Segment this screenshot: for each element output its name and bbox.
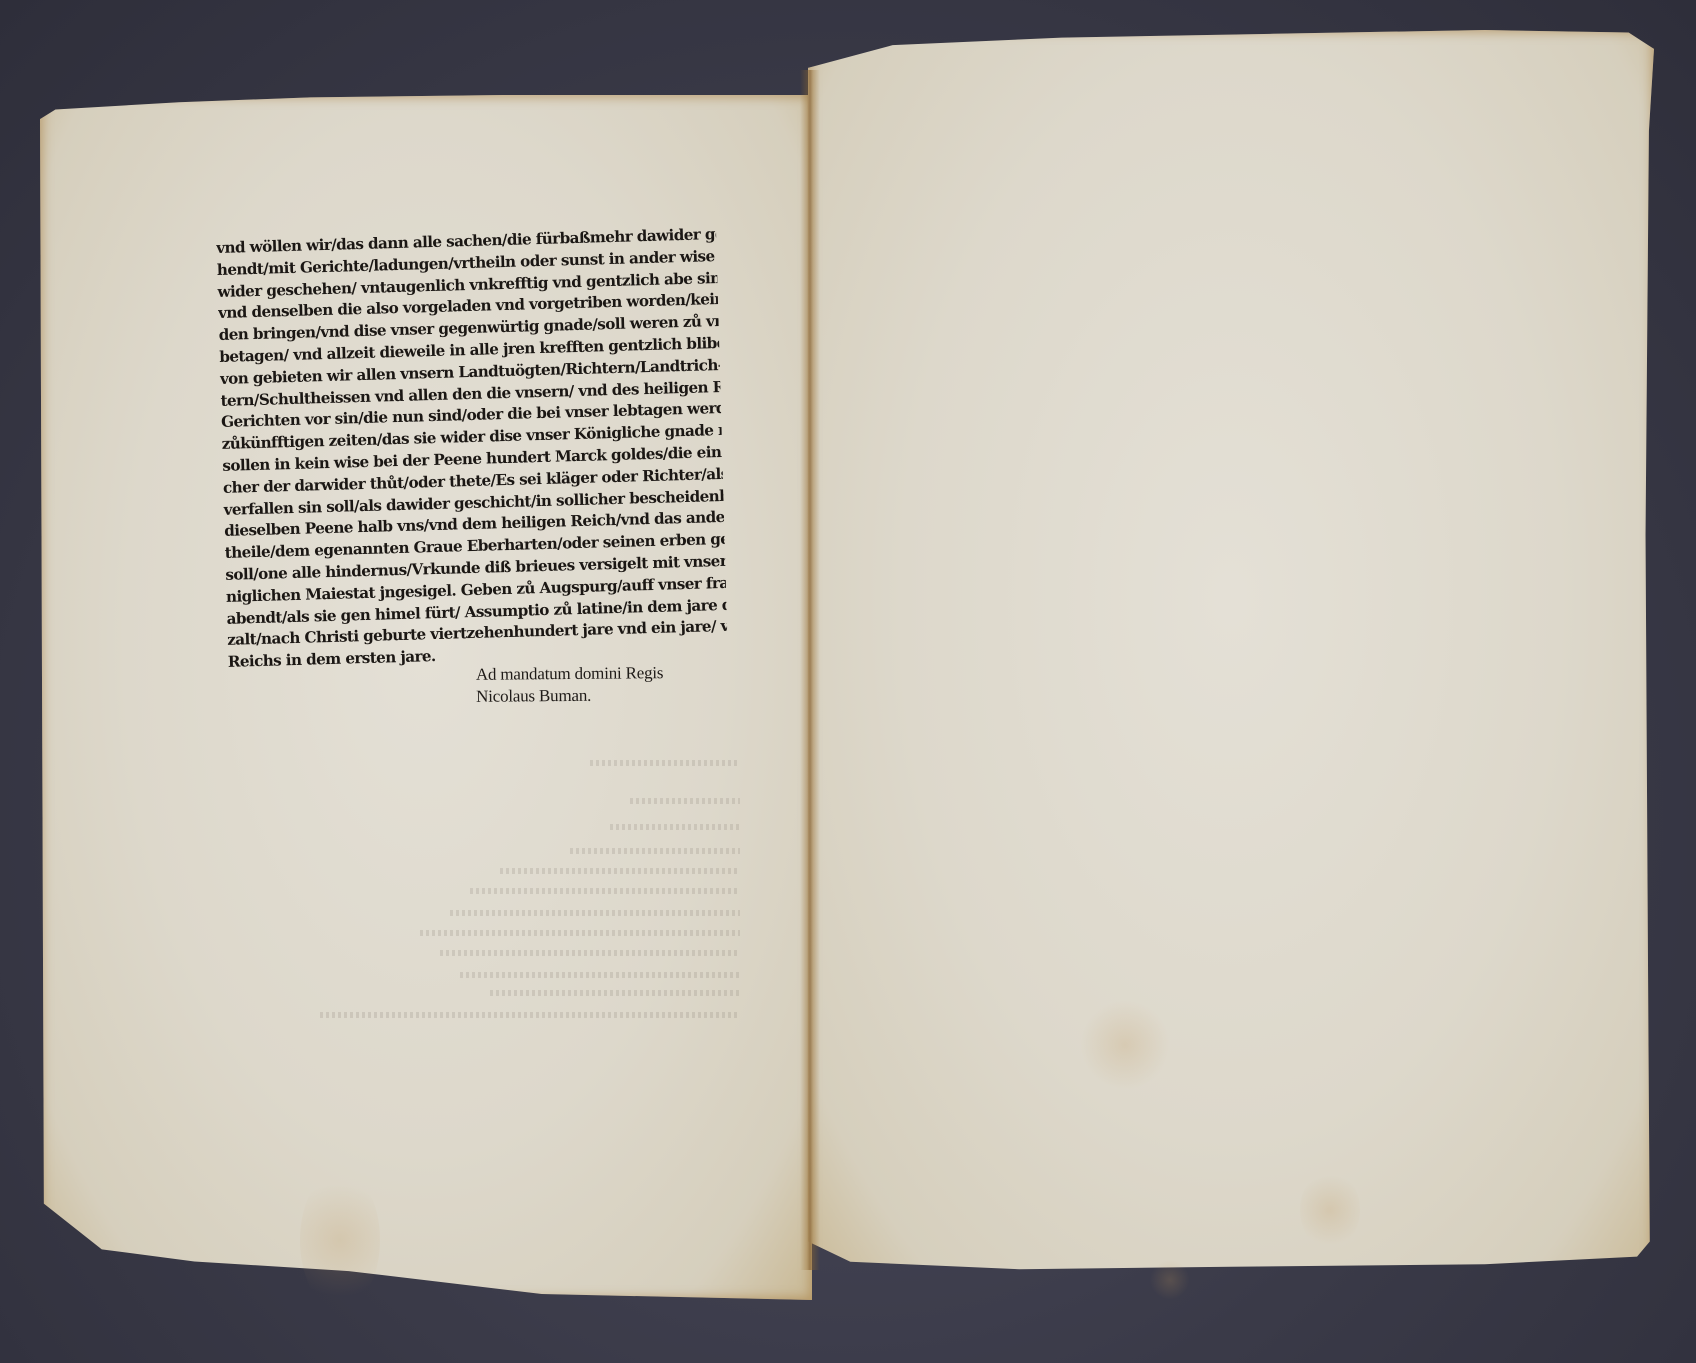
signature-block: Ad mandatum domini Regis Nicolaus Buman. (476, 662, 664, 708)
paper-stain (1080, 1000, 1170, 1090)
signature-name: Nicolaus Buman. (476, 684, 664, 708)
show-through-text (240, 740, 740, 1030)
book-gutter (800, 70, 820, 1270)
printed-text-block: vnd wöllen wir/das dann alle sachen/die … (216, 224, 728, 674)
paper-stain (1300, 1170, 1360, 1250)
right-page (808, 30, 1654, 1292)
signature-mandate: Ad mandatum domini Regis (476, 662, 664, 686)
paper-stain (1150, 1260, 1190, 1300)
paper-stain (300, 1170, 380, 1310)
